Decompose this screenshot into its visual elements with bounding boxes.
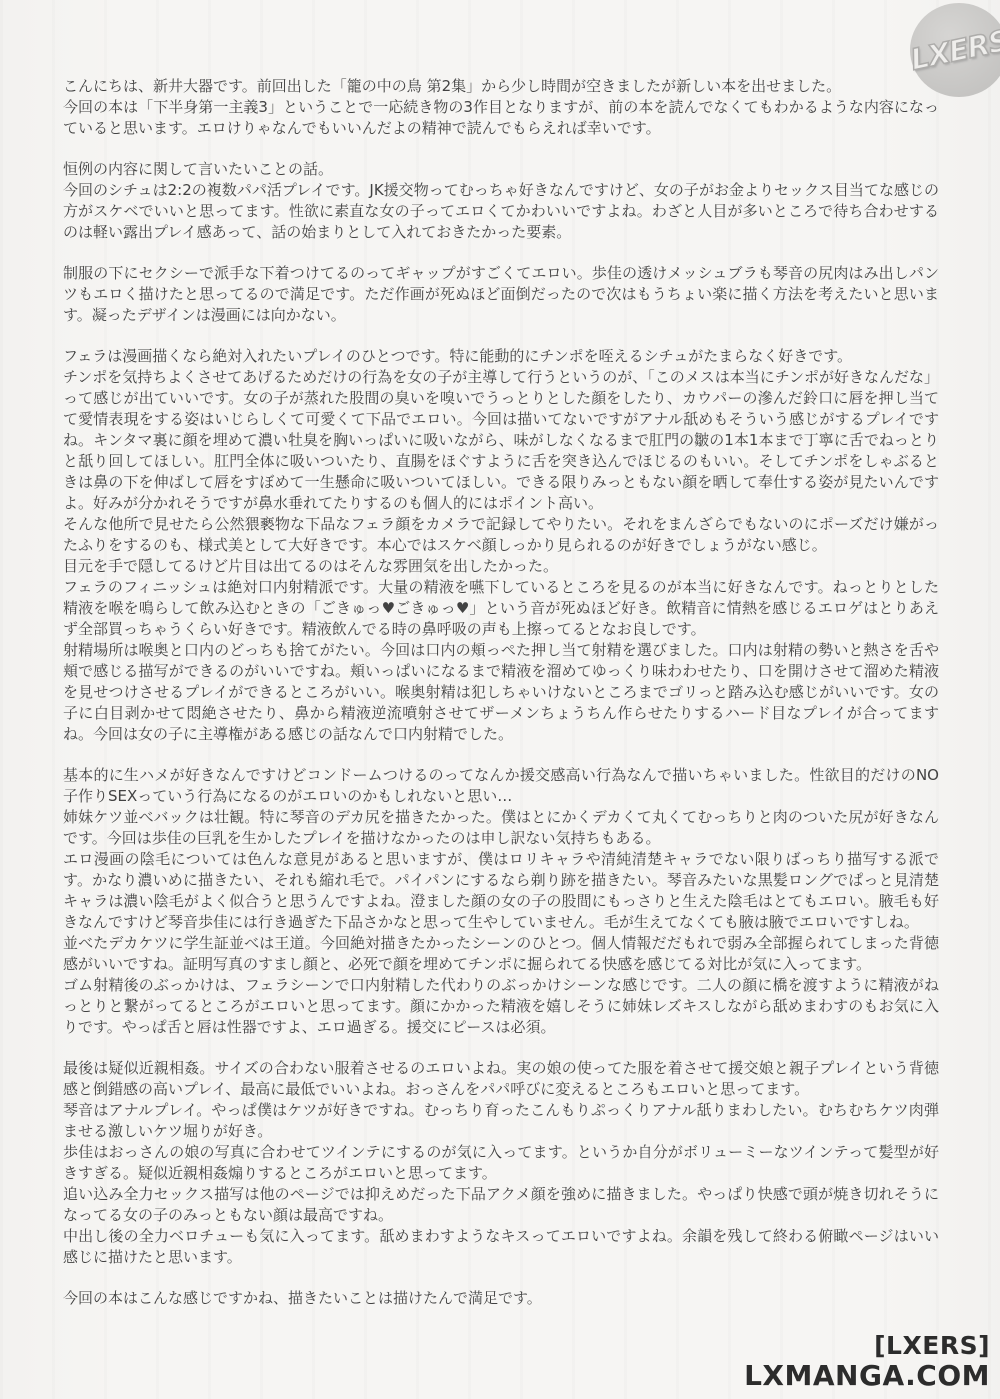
text-block: 追い込み全力セックス描写は他のページでは抑えめだった下品アクメ顔を強めに描きまし… <box>63 1184 939 1226</box>
text-block: ゴム射精後のぶっかけは、フェラシーンで口内射精した代わりのぶっかけシーンな感じで… <box>63 975 939 1038</box>
scanned-afterword-page: LXERS こんにちは、新井大器です。前回出した「籠の中の鳥 第2集」から少し時… <box>0 0 1000 1399</box>
text-block: 制服の下にセクシーで派手な下着つけてるのってギャップがすごくてエロい。歩佳の透け… <box>63 263 939 326</box>
text-block: 今回の本はこんな感じですかね、描きたいことは描けたんで満足です。 <box>63 1288 939 1309</box>
text-block: 射精場所は喉奥と口内のどっちも捨てがたい。今回は口内の頬っぺた押し当て射精を選び… <box>63 640 939 745</box>
text-block: フェラは漫画描くなら絶対入れたいプレイのひとつです。特に能動的にチンポを咥えるシ… <box>63 346 939 367</box>
text-block: 目元を手で隠してるけど片目は出てるのはそんな雰囲気を出したかった。 <box>63 556 939 577</box>
afterword-text: こんにちは、新井大器です。前回出した「籠の中の鳥 第2集」から少し時間が空きまし… <box>63 76 939 1309</box>
text-block: 今回の本は「下半身第一主義3」ということで一応続き物の3作目となりますが、前の本… <box>63 97 939 139</box>
text-block: 中出し後の全力ベロチューも気に入ってます。舐めまわすようなキスってエロいですよね… <box>63 1226 939 1268</box>
text-block: こんにちは、新井大器です。前回出した「籠の中の鳥 第2集」から少し時間が空きまし… <box>63 76 939 97</box>
text-block: フェラのフィニッシュは絶対口内射精派です。大量の精液を嚥下しているところを見るの… <box>63 577 939 640</box>
watermark-line-1: [LXERS] <box>744 1332 990 1360</box>
paragraph-body-preferences: 基本的に生ハメが好きなんですけどコンドームつけるのってなんか援交感高い行為なんで… <box>63 765 939 1038</box>
text-block: 恒例の内容に関して言いたいことの話。 <box>63 159 939 180</box>
paragraph-final-scenes: 最後は疑似近親相姦。サイズの合わない服着させるのエロいよね。実の娘の使ってた服を… <box>63 1058 939 1268</box>
text-block: そんな他所で見せたら公然猥褻物な下品なフェラ顔をカメラで記録してやりたい。それを… <box>63 514 939 556</box>
text-block: 琴音はアナルプレイ。やっぱ僕はケツが好きですね。むっちり育ったこんもりぷっくりア… <box>63 1100 939 1142</box>
text-block: 最後は疑似近親相姦。サイズの合わない服着させるのエロいよね。実の娘の使ってた服を… <box>63 1058 939 1100</box>
text-block: 今回のシチュは2:2の複数パパ活プレイです。JK援交物ってむっちゃ好きなんですけ… <box>63 180 939 243</box>
watermark-line-2: LXMANGA.COM <box>744 1360 990 1391</box>
lxers-logo-text: LXERS <box>907 23 1000 77</box>
text-block: 歩佳はおっさんの娘の写真に合わせてツインテにするのが気に入ってます。というか自分… <box>63 1142 939 1184</box>
text-block: エロ漫画の陰毛については色んな意見があると思いますが、僕はロリキャラや清純清楚キ… <box>63 849 939 933</box>
paragraph-scenario: 恒例の内容に関して言いたいことの話。 今回のシチュは2:2の複数パパ活プレイです… <box>63 159 939 243</box>
paragraph-closing: 今回の本はこんな感じですかね、描きたいことは描けたんで満足です。 <box>63 1288 939 1309</box>
text-block: 基本的に生ハメが好きなんですけどコンドームつけるのってなんか援交感高い行為なんで… <box>63 765 939 807</box>
site-watermark: [LXERS] LXMANGA.COM <box>744 1332 990 1391</box>
text-block: チンポを気持ちよくさせてあげるためだけの行為を女の子が主導して行うというのが、「… <box>63 367 939 514</box>
text-block: 並べたデカケツに学生証並べは王道。今回絶対描きたかったシーンのひとつ。個人情報だ… <box>63 933 939 975</box>
text-block: 姉妹ケツ並べバックは壮観。特に琴音のデカ尻を描きたかった。僕はとにかくデカくて丸… <box>63 807 939 849</box>
paragraph-blowjob-talk: フェラは漫画描くなら絶対入れたいプレイのひとつです。特に能動的にチンポを咥えるシ… <box>63 346 939 745</box>
paragraph-greeting: こんにちは、新井大器です。前回出した「籠の中の鳥 第2集」から少し時間が空きまし… <box>63 76 939 139</box>
paragraph-outfits: 制服の下にセクシーで派手な下着つけてるのってギャップがすごくてエロい。歩佳の透け… <box>63 263 939 326</box>
